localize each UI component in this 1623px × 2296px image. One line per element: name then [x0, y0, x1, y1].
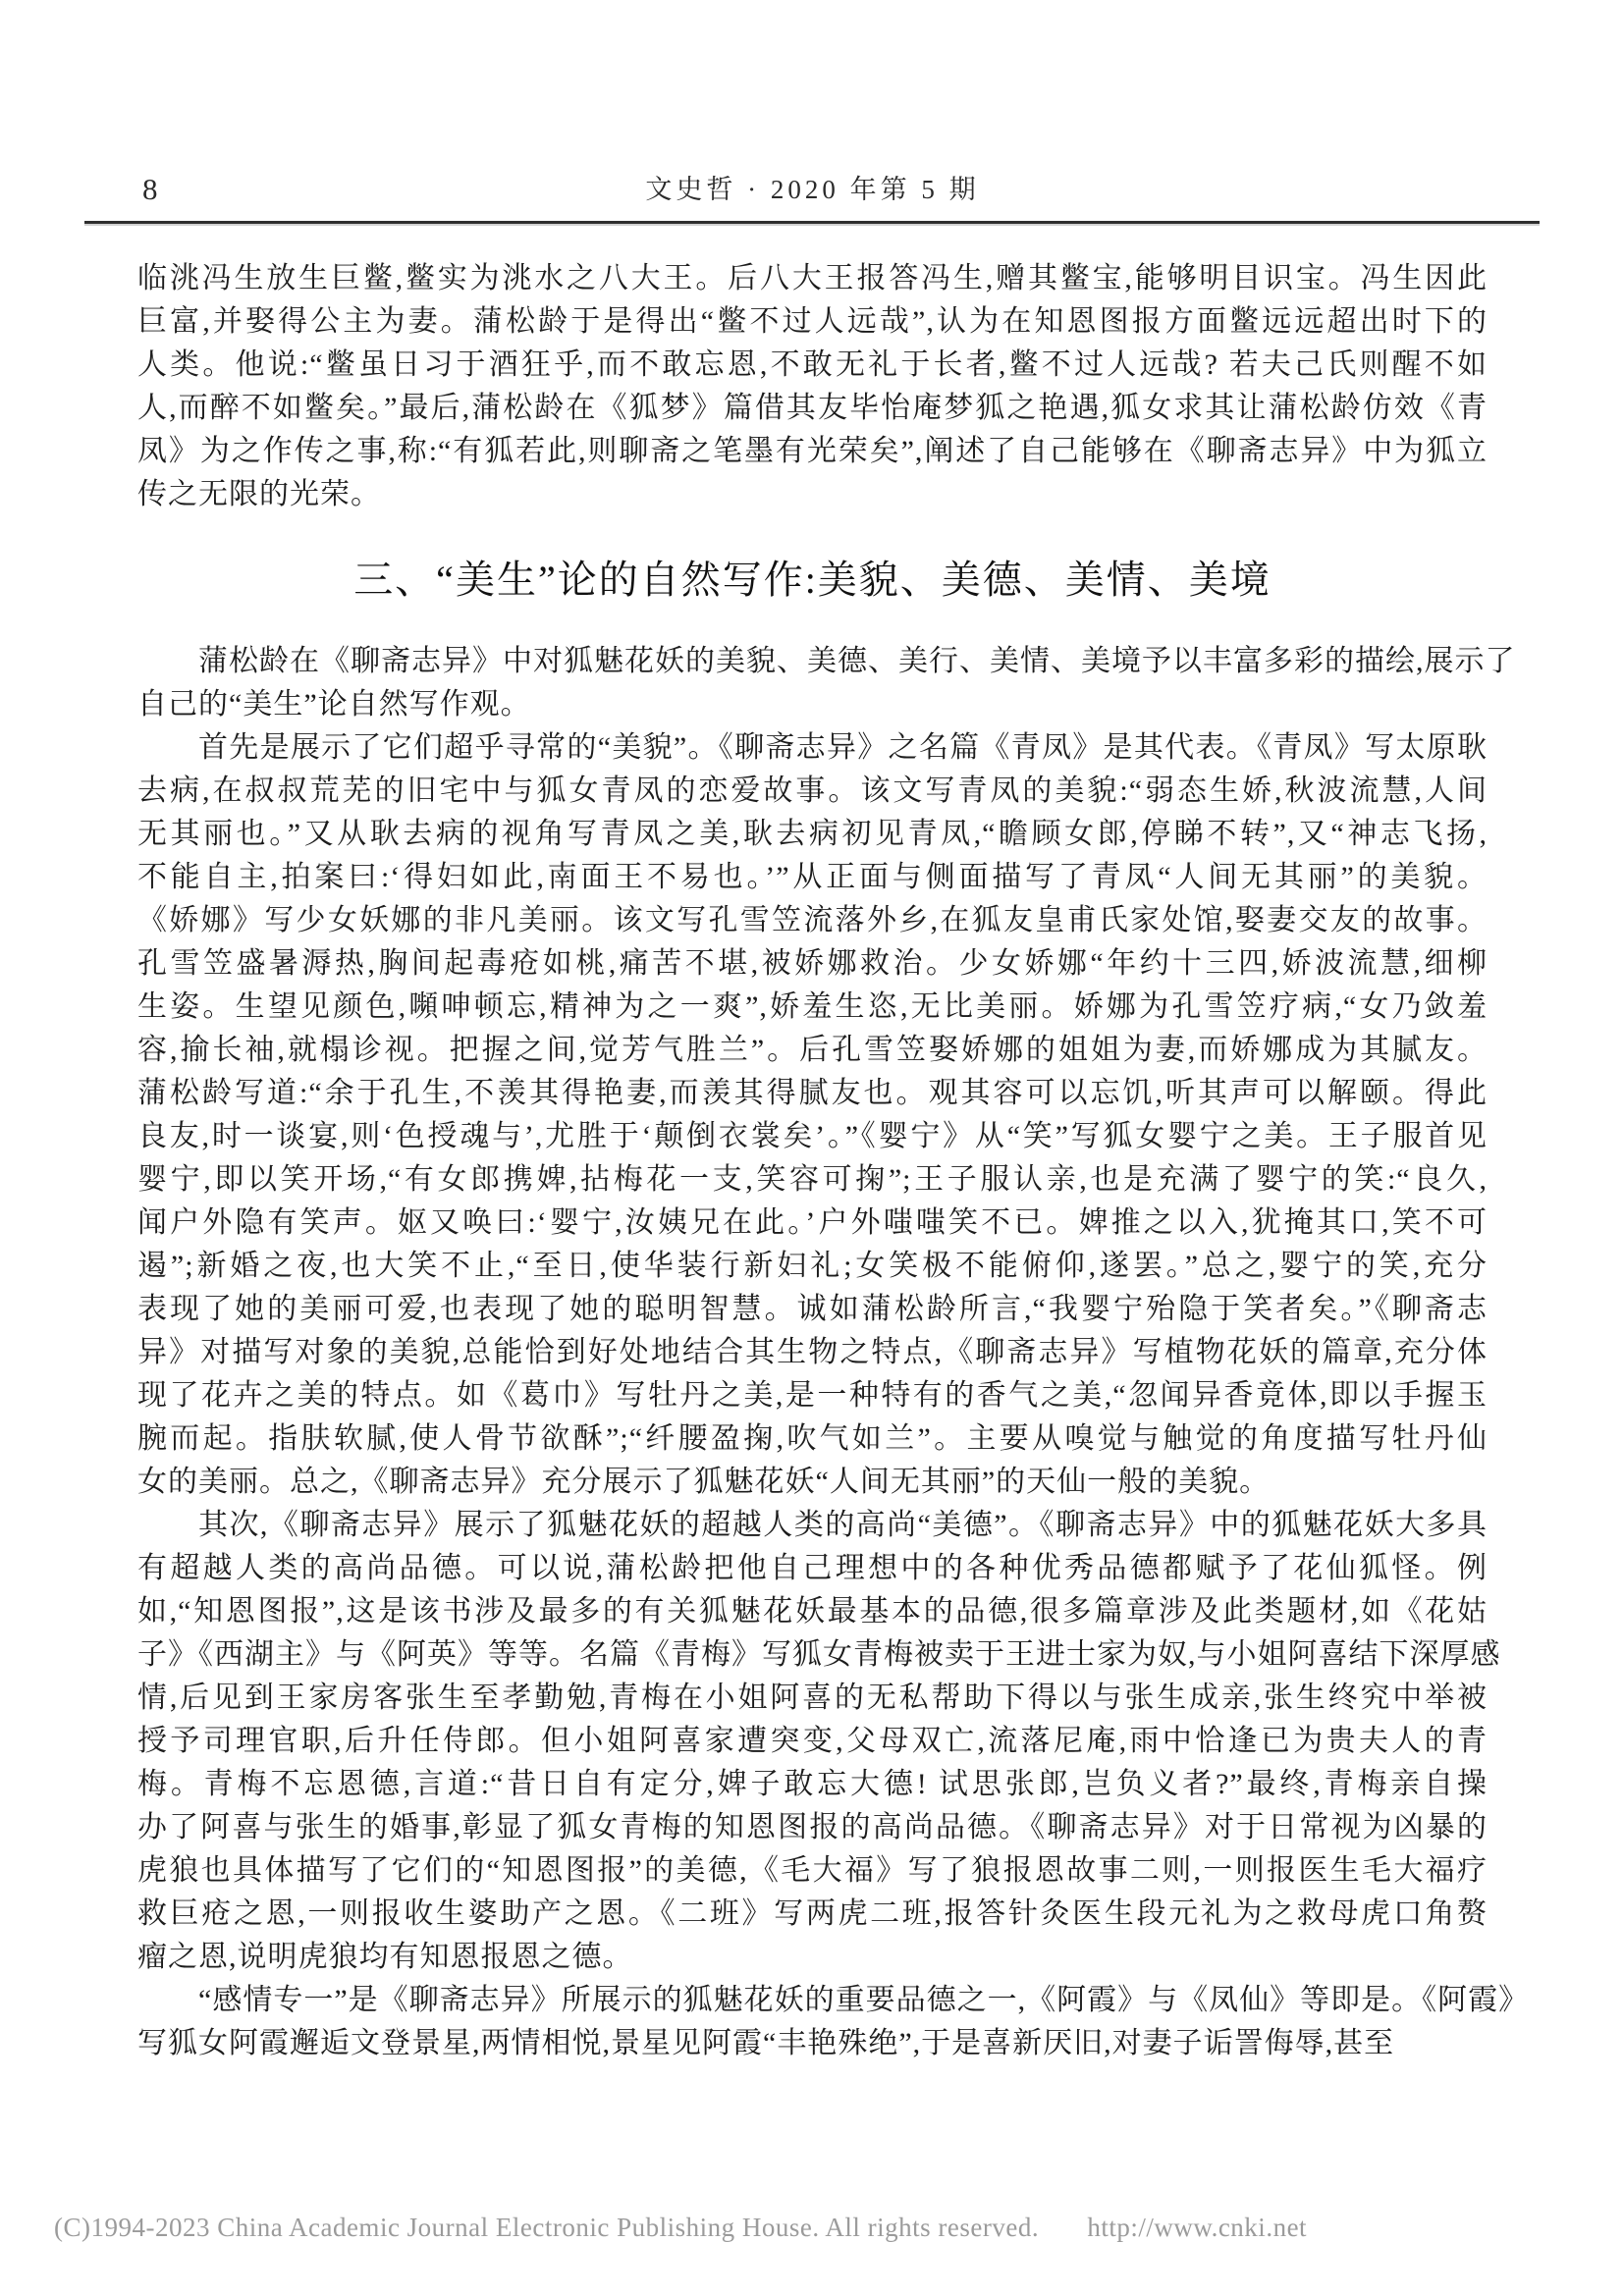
text-line: 无其丽也。”又从耿去病的视角写青凤之美,耿去病初见青凤,“瞻顾女郎,停睇不转”,…: [137, 813, 1488, 856]
article-body: 临洮冯生放生巨鳖,鳖实为洮水之八大王。后八大王报答冯生,赠其鳖宝,能够明目识宝。…: [137, 257, 1488, 2065]
text-line: 去病,在叔叔荒芜的旧宅中与狐女青凤的恋爱故事。该文写青凤的美貌:“弱态生娇,秋波…: [137, 770, 1488, 813]
header-rule: [84, 221, 1540, 224]
text-line: 不能自主,拍案曰:‘得妇如此,南面王不易也。’”从正面与侧面描写了青凤“人间无其…: [137, 856, 1488, 899]
text-line: 巨富,并娶得公主为妻。蒲松龄于是得出“鳖不过人远哉”,认为在知恩图报方面鳖远远超…: [137, 300, 1488, 344]
text-line: 遏”;新婚之夜,也大笑不止,“至日,使华装行新妇礼;女笑极不能俯仰,遂罢。”总之…: [137, 1245, 1488, 1288]
paragraph: 蒲松龄在《聊斋志异》中对狐魅花妖的美貌、美德、美行、美情、美境予以丰富多彩的描绘…: [137, 640, 1488, 726]
text-line: 良友,时一谈宴,则‘色授魂与’,尤胜于‘颠倒衣裳矣’。”《婴宁》从“笑”写狐女婴…: [137, 1115, 1488, 1158]
paragraph: 临洮冯生放生巨鳖,鳖实为洮水之八大王。后八大王报答冯生,赠其鳖宝,能够明目识宝。…: [137, 257, 1488, 516]
footer: (C)1994-2023 China Academic Journal Elec…: [54, 2211, 1566, 2244]
text-line: 如,“知恩图报”,这是该书涉及最多的有关狐魅花妖最基本的品德,很多篇章涉及此类题…: [137, 1590, 1488, 1633]
text-line: 蒲松龄在《聊斋志异》中对狐魅花妖的美貌、美德、美行、美情、美境予以丰富多彩的描绘…: [137, 640, 1488, 683]
text-line: 自己的“美生”论自然写作观。: [137, 683, 1488, 726]
text-line: 梅。青梅不忘恩德,言道:“昔日自有定分,婢子敢忘大德! 试思张郎,岂负义者?”最…: [137, 1763, 1488, 1806]
text-line: 现了花卉之美的特点。如《葛巾》写牡丹之美,是一种特有的香气之美,“忽闻异香竟体,…: [137, 1374, 1488, 1417]
text-line: 瘤之恩,说明虎狼均有知恩报恩之德。: [137, 1936, 1488, 1979]
text-line: 蒲松龄写道:“余于孔生,不羡其得艳妻,而羡其得腻友也。观其容可以忘饥,听其声可以…: [137, 1072, 1488, 1115]
copyright-notice: (C)1994-2023 China Academic Journal Elec…: [54, 2213, 1039, 2242]
text-line: 临洮冯生放生巨鳖,鳖实为洮水之八大王。后八大王报答冯生,赠其鳖宝,能够明目识宝。…: [137, 257, 1488, 300]
journal-issue-title: 文史哲 · 2020 年第 5 期: [137, 169, 1488, 210]
text-line: “感情专一”是《聊斋志异》所展示的狐魅花妖的重要品德之一,《阿霞》与《凤仙》等即…: [137, 1979, 1488, 2022]
text-line: 救巨疮之恩,一则报收生婆助产之恩。《二班》写两虎二班,报答针灸医生段元礼为之救母…: [137, 1893, 1488, 1936]
text-line: 虎狼也具体描写了它们的“知恩图报”的美德,《毛大福》写了狼报恩故事二则,一则报医…: [137, 1849, 1488, 1893]
text-line: 授予司理官职,后升任侍郎。但小姐阿喜家遭突变,父母双亡,流落尼庵,雨中恰逢已为贵…: [137, 1720, 1488, 1763]
paragraph: “感情专一”是《聊斋志异》所展示的狐魅花妖的重要品德之一,《阿霞》与《凤仙》等即…: [137, 1979, 1488, 2065]
paragraph: 其次,《聊斋志异》展示了狐魅花妖的超越人类的高尚“美德”。《聊斋志异》中的狐魅花…: [137, 1504, 1488, 1979]
text-line: 《娇娜》写少女妖娜的非凡美丽。该文写孔雪笠流落外乡,在狐友皇甫氏家处馆,娶妻交友…: [137, 899, 1488, 942]
text-line: 办了阿喜与张生的婚事,彰显了狐女青梅的知恩图报的高尚品德。《聊斋志异》对于日常视…: [137, 1806, 1488, 1849]
section-heading: 三、“美生”论的自然写作:美貌、美德、美情、美境: [137, 552, 1488, 609]
text-line: 子》《西湖主》与《阿英》等等。名篇《青梅》写狐女青梅被卖于王进士家为奴,与小姐阿…: [137, 1633, 1488, 1677]
text-line: 闻户外隐有笑声。妪又唤曰:‘婴宁,汝姨兄在此。’户外嗤嗤笑不已。婢推之以入,犹掩…: [137, 1201, 1488, 1245]
text-line: 异》对描写对象的美貌,总能恰到好处地结合其生物之特点,《聊斋志异》写植物花妖的篇…: [137, 1331, 1488, 1374]
text-line: 人类。他说:“鳖虽日习于酒狂乎,而不敢忘恩,不敢无礼于长者,鳖不过人远哉? 若夫…: [137, 344, 1488, 387]
cnki-url-link[interactable]: http://www.cnki.net: [1087, 2213, 1307, 2242]
text-line: 婴宁,即以笑开场,“有女郎携婢,拈梅花一支,笑容可掬”;王子服认亲,也是充满了婴…: [137, 1158, 1488, 1201]
text-line: 表现了她的美丽可爱,也表现了她的聪明智慧。诚如蒲松龄所言,“我婴宁殆隐于笑者矣。…: [137, 1288, 1488, 1331]
text-line: 有超越人类的高尚品德。可以说,蒲松龄把他自己理想中的各种优秀品德都赋予了花仙狐怪…: [137, 1547, 1488, 1590]
text-line: 传之无限的光荣。: [137, 473, 1488, 516]
text-line: 其次,《聊斋志异》展示了狐魅花妖的超越人类的高尚“美德”。《聊斋志异》中的狐魅花…: [137, 1504, 1488, 1547]
text-line: 生姿。生望见颜色,嚬呻顿忘,精神为之一爽”,娇羞生恣,无比美丽。娇娜为孔雪笠疗病…: [137, 986, 1488, 1029]
text-line: 写狐女阿霞邂逅文登景星,两情相悦,景星见阿霞“丰艳殊绝”,于是喜新厌旧,对妻子诟…: [137, 2022, 1488, 2065]
running-head: 8 文史哲 · 2020 年第 5 期: [137, 169, 1488, 210]
text-line: 凤》为之作传之事,称:“有狐若此,则聊斋之笔墨有光荣矣”,阐述了自己能够在《聊斋…: [137, 430, 1488, 473]
text-line: 情,后见到王家房客张生至孝勤勉,青梅在小姐阿喜的无私帮助下得以与张生成亲,张生终…: [137, 1677, 1488, 1720]
text-line: 首先是展示了它们超乎寻常的“美貌”。《聊斋志异》之名篇《青凤》是其代表。《青凤》…: [137, 726, 1488, 770]
text-line: 腕而起。指肤软腻,使人骨节欲酥”;“纤腰盈掬,吹气如兰”。主要从嗅觉与触觉的角度…: [137, 1417, 1488, 1461]
paragraph: 首先是展示了它们超乎寻常的“美貌”。《聊斋志异》之名篇《青凤》是其代表。《青凤》…: [137, 726, 1488, 1504]
text-line: 孔雪笠盛暑溽热,胸间起毒疮如桃,痛苦不堪,被娇娜救治。少女娇娜“年约十三四,娇波…: [137, 942, 1488, 986]
text-line: 容,揄长袖,就榻诊视。把握之间,觉芳气胜兰”。后孔雪笠娶娇娜的姐姐为妻,而娇娜成…: [137, 1029, 1488, 1072]
text-line: 人,而醉不如鳖矣。”最后,蒲松龄在《狐梦》篇借其友毕怡庵梦狐之艳遇,狐女求其让蒲…: [137, 387, 1488, 430]
journal-page: 8 文史哲 · 2020 年第 5 期 临洮冯生放生巨鳖,鳖实为洮水之八大王。后…: [0, 0, 1623, 2296]
text-line: 女的美丽。总之,《聊斋志异》充分展示了狐魅花妖“人间无其丽”的天仙一般的美貌。: [137, 1461, 1488, 1504]
